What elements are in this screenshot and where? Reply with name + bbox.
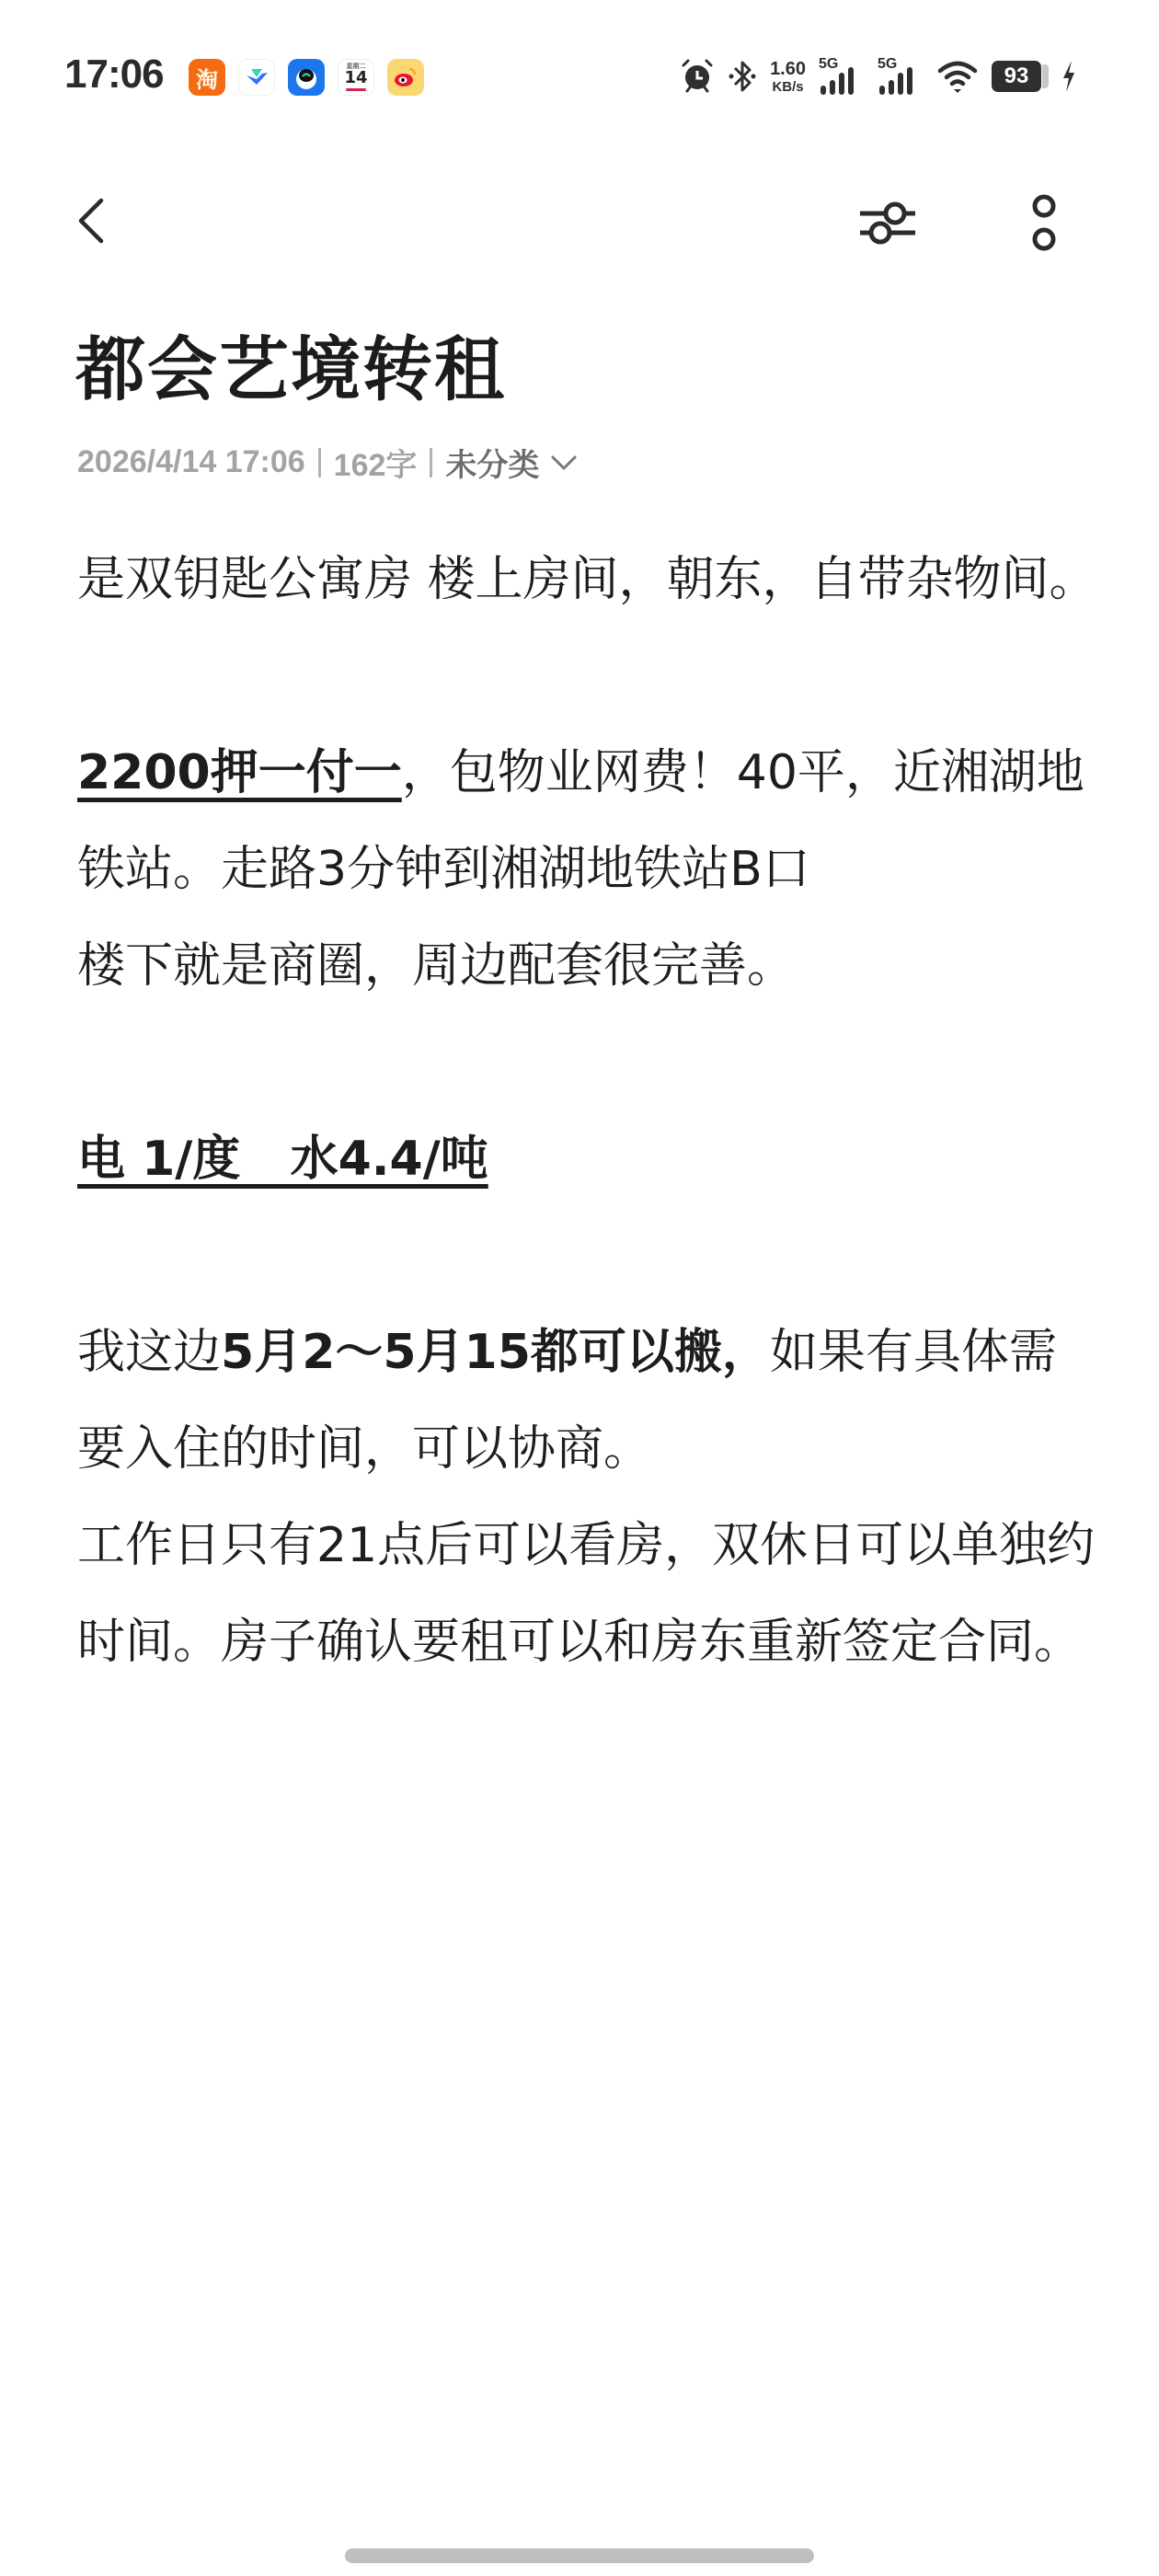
paragraph-text: 我这边 [77, 1325, 221, 1380]
blank-line [77, 628, 1098, 725]
paragraph: 2200押一付一，包物业网费！40平，近湘湖地铁站。走路3分钟到湘湖地铁站B口 [77, 725, 1098, 918]
calendar-bar [346, 88, 366, 91]
meta-divider [430, 448, 432, 477]
paragraph: 是双钥匙公寓房 楼上房间，朝东，自带杂物间。 [77, 532, 1098, 628]
sliders-icon [855, 193, 920, 248]
format-settings-button[interactable] [855, 193, 920, 248]
charging-icon [1061, 59, 1076, 94]
home-indicator[interactable] [345, 2548, 814, 2563]
price-highlight: 2200押一付一 [77, 745, 402, 800]
network-speed: 1.60 KB/s [770, 60, 806, 94]
5g-signal-icon: 5G [878, 56, 924, 97]
meta-divider [318, 448, 321, 477]
blank-line [77, 1015, 1098, 1111]
note-title[interactable]: 都会艺境转租 [75, 324, 506, 416]
alarm-icon [680, 58, 715, 95]
battery-icon: 93 [992, 61, 1049, 92]
network-speed-value: 1.60 [770, 60, 806, 78]
blank-line [77, 1208, 1098, 1305]
feishu-app-icon [238, 59, 275, 96]
calendar-day: 14 [344, 70, 367, 86]
note-body[interactable]: 是双钥匙公寓房 楼上房间，朝东，自带杂物间。 2200押一付一，包物业网费！40… [77, 532, 1098, 1691]
status-time: 17:06 [64, 52, 164, 98]
taobao-app-icon: 淘 [189, 59, 225, 96]
note-date: 2026/4/14 17:06 [77, 444, 305, 480]
system-status-icons: 1.60 KB/s 5G 5G 93 [680, 53, 1076, 99]
weibo-app-icon [387, 59, 424, 96]
paragraph: 我这边5月2～5月15都可以搬，如果有具体需要入住的时间，可以协商。 [77, 1305, 1098, 1498]
back-button[interactable] [74, 189, 129, 253]
paragraph: 楼下就是商圈，周边配套很完善。 [77, 918, 1098, 1015]
calendar-app-icon: 星期二 14 [338, 59, 374, 96]
category-label: 未分类 [445, 440, 539, 485]
battery-cap [1042, 64, 1049, 88]
more-vertical-icon [1021, 189, 1067, 253]
taobao-glyph: 淘 [196, 62, 218, 94]
chevron-down-icon [550, 454, 578, 472]
paragraph: 电 1/度 水4.4/吨 [77, 1111, 1098, 1208]
note-word-count: 162字 [334, 440, 418, 485]
paragraph: 工作日只有21点后可以看房，双休日可以单独约时间。房子确认要租可以和房东重新签定… [77, 1498, 1098, 1691]
bluetooth-icon [728, 57, 757, 96]
category-dropdown[interactable]: 未分类 [445, 440, 578, 485]
utilities-highlight: 电 1/度 水4.4/吨 [77, 1132, 488, 1187]
5g-signal-icon: 5G [819, 56, 865, 97]
status-bar: 17:06 淘 星期二 14 1.60 KB/s [0, 0, 1159, 152]
robot-assistant-app-icon [288, 59, 325, 96]
more-options-button[interactable] [1021, 189, 1067, 253]
notification-icons: 淘 星期二 14 [189, 59, 424, 96]
wifi-icon [936, 58, 979, 95]
move-in-dates: 5月2～5月15都可以搬， [221, 1325, 770, 1380]
note-meta: 2026/4/14 17:06 162字 未分类 [77, 440, 578, 485]
network-speed-unit: KB/s [772, 80, 803, 94]
battery-level: 93 [992, 61, 1041, 92]
chevron-left-icon [74, 193, 110, 248]
